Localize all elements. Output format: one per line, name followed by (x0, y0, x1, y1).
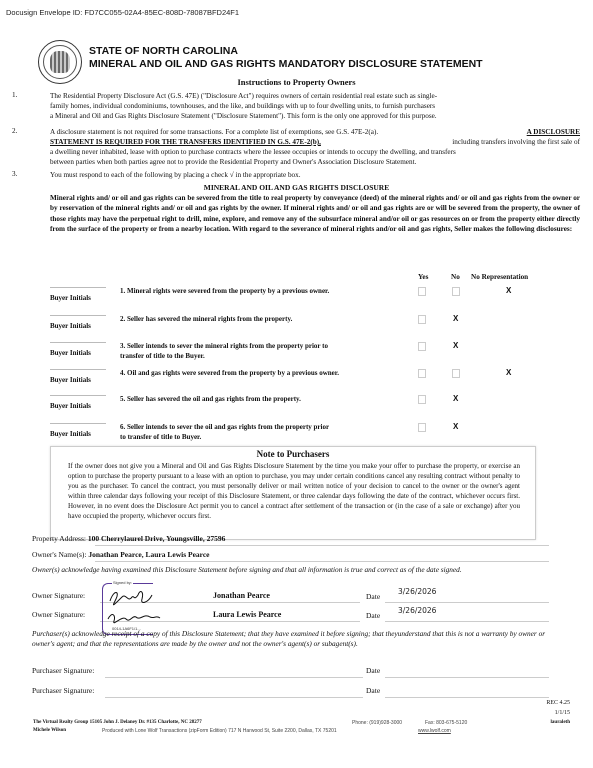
question-text: to transfer of title to Buyer. (120, 432, 390, 442)
question-text: transfer of title to the Buyer. (120, 351, 390, 361)
purchaser-signature-field[interactable] (105, 697, 363, 698)
instruction-number: 3. (12, 170, 17, 178)
instruction-line: between parties when both parties agree … (50, 157, 580, 167)
checkbox-yes[interactable] (418, 342, 426, 351)
buyer-initials-field[interactable] (50, 342, 106, 343)
instruction-3: You must respond to each of the followin… (50, 170, 580, 180)
question-text: 4. Oil and gas rights were severed from … (120, 368, 390, 378)
date-line (385, 621, 549, 622)
purchaser-acknowledgement: Purchaser(s) acknowledge receipt of a co… (32, 629, 554, 649)
question-text: 2. Seller has severed the mineral rights… (120, 314, 390, 324)
form-title: MINERAL AND OIL AND GAS RIGHTS MANDATORY… (89, 58, 483, 70)
footer-fax: Fax: 803-675-5120 (425, 720, 467, 726)
instruction-line: a Mineral and Oil and Gas Rights Disclos… (50, 111, 580, 121)
instruction-number: 2. (12, 127, 17, 135)
buyer-initials-field[interactable] (50, 395, 106, 396)
checkbox-no-checked[interactable]: X (453, 394, 458, 403)
disclosure-question: 2. Seller has severed the mineral rights… (120, 314, 390, 324)
footer-company: The Virtual Realty Group 15105 John J. D… (33, 720, 202, 725)
property-address-value: 100 Cherrylaurel Drive, Youngsville, 275… (88, 534, 226, 543)
underline (95, 545, 549, 546)
instruction-emphasis: STATEMENT IS REQUIRED FOR THE TRANSFERS … (50, 137, 321, 147)
checkbox-yes[interactable] (418, 369, 426, 378)
footer-file-name: lauraleth (528, 720, 570, 725)
date-line (385, 602, 549, 603)
instruction-number: 1. (12, 91, 17, 99)
checkbox-no-representation-checked[interactable]: X (506, 286, 511, 295)
checkbox-no-checked[interactable]: X (453, 422, 458, 431)
disclosure-question: 6. Seller intends to sever the oil and g… (120, 422, 390, 442)
date-label: Date (366, 686, 380, 695)
disclosure-title: MINERAL AND OIL AND GAS RIGHTS DISCLOSUR… (0, 183, 593, 192)
buyer-initials-field[interactable] (50, 315, 106, 316)
purchaser-date-field[interactable] (385, 677, 549, 678)
column-no-representation: No Representation (471, 273, 528, 281)
property-address-label: Property Address: (32, 534, 86, 543)
checkbox-no[interactable] (452, 369, 460, 378)
property-address-row: Property Address: 100 Cherrylaurel Drive… (32, 534, 225, 543)
buyer-initials-label: Buyer Initials (50, 402, 91, 410)
instruction-line: family homes, individual condominiums, t… (50, 101, 580, 111)
purchaser-signature-label: Purchaser Signature: (32, 666, 94, 675)
form-date: 1/1/15 (528, 710, 570, 716)
form-code: REC 4.25 (528, 700, 570, 706)
owner-names-row: Owner's Name(s): Jonathan Pearce, Laura … (32, 550, 210, 559)
instructions-title: Instructions to Property Owners (0, 77, 593, 87)
instruction-2: A disclosure statement is not required f… (50, 127, 580, 167)
purchaser-date-field[interactable] (385, 697, 549, 698)
owner-name: Jonathan Pearce (213, 591, 270, 600)
purchaser-signature-field[interactable] (105, 677, 363, 678)
disclosure-body: Mineral rights and/ or oil and gas right… (50, 193, 580, 235)
disclosure-question: 3. Seller intends to sever the mineral r… (120, 341, 390, 361)
docusign-envelope-id: Docusign Envelope ID: FD7CC055-02A4-85EC… (6, 8, 239, 17)
date-label: Date (366, 592, 380, 601)
owner-names-value: Jonathan Pearce, Laura Lewis Pearce (88, 550, 209, 559)
instruction-line: including transfers involving the first … (452, 137, 580, 147)
checkbox-no-checked[interactable]: X (453, 341, 458, 350)
instruction-line: A disclosure statement is not required f… (50, 127, 378, 137)
instruction-line: The Residential Property Disclosure Act … (50, 91, 580, 101)
buyer-initials-label: Buyer Initials (50, 322, 91, 330)
column-yes: Yes (418, 273, 428, 281)
checkbox-no[interactable] (452, 287, 460, 296)
column-no: No (451, 273, 460, 281)
buyer-initials-field[interactable] (50, 423, 106, 424)
footer-agent: Michele Wilson (33, 728, 66, 733)
note-body: If the owner does not give you a Mineral… (68, 461, 520, 521)
handwritten-signature-icon (104, 585, 164, 629)
owner-name: Laura Lewis Pearce (213, 610, 281, 619)
footer-link[interactable]: www.lwolf.com (418, 728, 451, 734)
footer-phone: Phone: (919)928-3000 (352, 720, 402, 726)
question-text: 1. Mineral rights were severed from the … (120, 286, 390, 296)
checkbox-yes[interactable] (418, 423, 426, 432)
form-header-state: STATE OF NORTH CAROLINA (89, 45, 238, 57)
buyer-initials-label: Buyer Initials (50, 294, 91, 302)
footer-produced-with: Produced with Lone Wolf Transactions (zi… (102, 728, 337, 734)
note-to-purchasers: Note to Purchasers If the owner does not… (50, 446, 536, 540)
underline (95, 561, 549, 562)
instruction-1: The Residential Property Disclosure Act … (50, 91, 580, 121)
checkbox-yes[interactable] (418, 287, 426, 296)
question-text: 5. Seller has severed the oil and gas ri… (120, 394, 390, 404)
disclosure-question: 5. Seller has severed the oil and gas ri… (120, 394, 390, 404)
owner-signature-label: Owner Signature: (32, 591, 85, 600)
disclosure-question: 4. Oil and gas rights were severed from … (120, 368, 390, 378)
question-text: 6. Seller intends to sever the oil and g… (120, 422, 390, 432)
owner-signature-date: 3/26/2026 (398, 606, 436, 615)
buyer-initials-label: Buyer Initials (50, 349, 91, 357)
checkbox-yes[interactable] (418, 395, 426, 404)
owner-names-label: Owner's Name(s): (32, 550, 86, 559)
question-text: 3. Seller intends to sever the mineral r… (120, 341, 390, 351)
disclosure-question: 1. Mineral rights were severed from the … (120, 286, 390, 296)
instruction-line: a dwelling never inhabited, lease with o… (50, 147, 580, 157)
buyer-initials-field[interactable] (50, 369, 106, 370)
buyer-initials-label: Buyer Initials (50, 376, 91, 384)
buyer-initials-field[interactable] (50, 287, 106, 288)
owner-signature-date: 3/26/2026 (398, 587, 436, 596)
owner-acknowledgement: Owner(s) acknowledge having examined thi… (32, 565, 552, 575)
date-label: Date (366, 666, 380, 675)
owner-signature-label: Owner Signature: (32, 610, 85, 619)
date-label: Date (366, 611, 380, 620)
instruction-emphasis: A DISCLOSURE (527, 127, 580, 137)
buyer-initials-label: Buyer Initials (50, 430, 91, 438)
note-title: Note to Purchasers (51, 449, 535, 459)
purchaser-signature-label: Purchaser Signature: (32, 686, 94, 695)
checkbox-no-checked[interactable]: X (453, 314, 458, 323)
checkbox-yes[interactable] (418, 315, 426, 324)
checkbox-no-representation-checked[interactable]: X (506, 368, 511, 377)
